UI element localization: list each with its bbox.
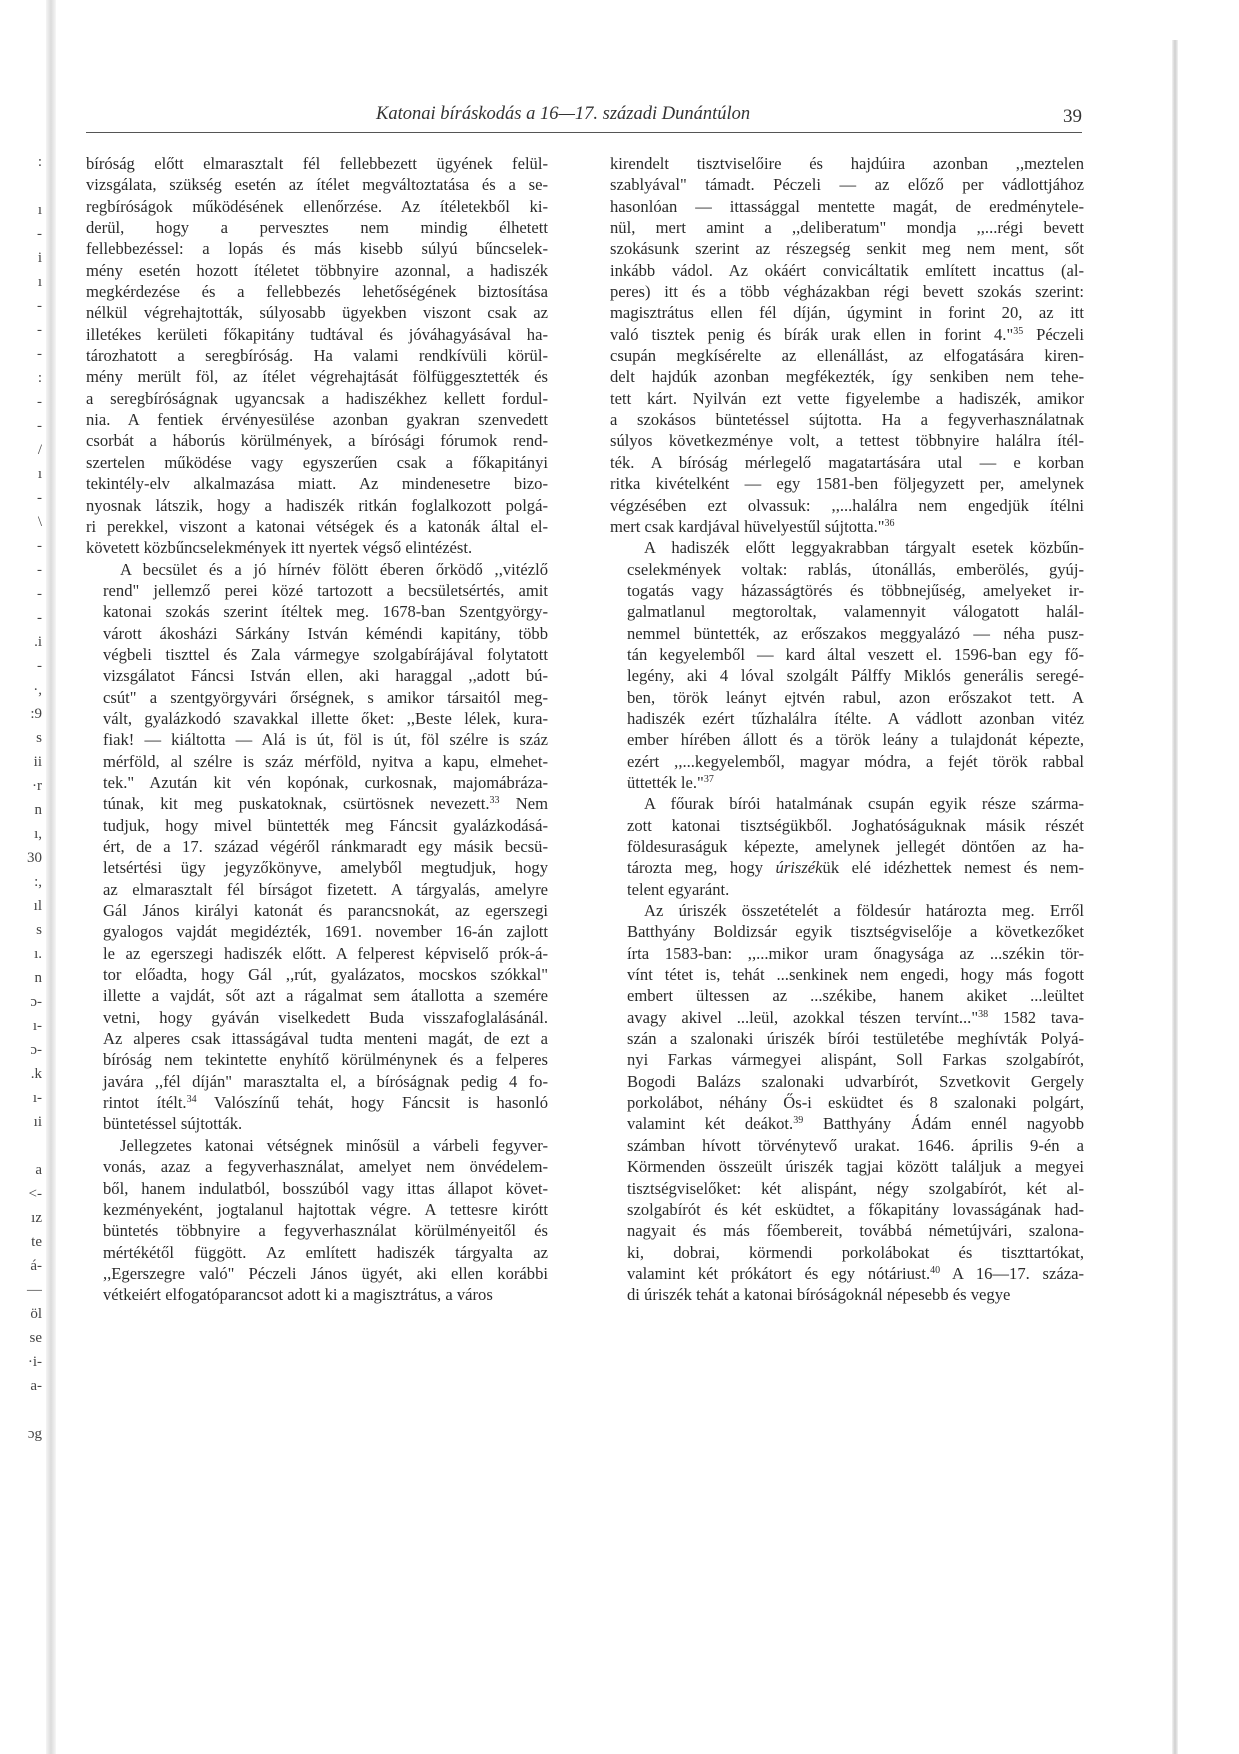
text-line: kezményeként, jogtalanul hajtottak végre… (86, 1199, 548, 1220)
bleed-glyph: a (0, 1158, 42, 1182)
text-line: vizsgálata, szükség esetén az ítélet meg… (86, 174, 548, 195)
bleed-glyph: ı (0, 198, 42, 222)
text-line: megkérdezése és a fellebbezés lehetőségé… (86, 281, 548, 302)
text-line: büntetéssel sújtották. (86, 1113, 548, 1134)
text-line: ezért ,,...kegyelemből, magyar módra, a … (610, 751, 1084, 772)
text-line: szán a szalonaki úriszék bírói testületé… (610, 1028, 1084, 1049)
text-line: ki, dobrai, körmendi porkolábokat és tis… (610, 1242, 1084, 1263)
text-line: galmatlanul megtoroltak, valamennyit vál… (610, 601, 1084, 622)
text-line: csút" a szentgyörgyvári őrségnek, s amik… (86, 687, 548, 708)
text-line: javára ,,fél díján" marasztalta el, a bí… (86, 1071, 548, 1092)
bleed-glyph: 30 (0, 846, 42, 870)
text-line: valamint két prókátort és egy nótáriust.… (610, 1263, 1084, 1284)
bleed-glyph: ı, (0, 822, 42, 846)
text-line: végzésében ezt olvassuk: ,,...halálra ne… (610, 495, 1084, 516)
text-line: togatás vagy házasságtörés és többnejűsé… (610, 580, 1084, 601)
bleed-glyph: ıi (0, 1110, 42, 1134)
text-line: vetni, hogy gyáván viselkedett Buda viss… (86, 1007, 548, 1028)
text-line: tisztségviselőket: két alispánt, négy sz… (610, 1178, 1084, 1199)
text-line: cselekmények voltak: rablás, útonállás, … (610, 559, 1084, 580)
text-line: szertelen működése vagy egyszerűen csak … (86, 452, 548, 473)
paragraph: A becsület és a jó hírnév fölött éberen … (86, 559, 548, 1135)
text-line: szokásunk szerint az részegség senkit me… (610, 238, 1084, 259)
text-line: illette a vajdát, sőt azt a rágalmat sem… (86, 985, 548, 1006)
text-line: földesuraságuk képezte, amelynek jellegé… (610, 836, 1084, 857)
text-line: Bogodi Balázs szalonaki udvarbírót, Szve… (610, 1071, 1084, 1092)
text-line: bíróság nem tekintette enyhítő körülmény… (86, 1049, 548, 1070)
italic-term: úriszék (776, 858, 823, 877)
bleed-glyph: :9 (0, 702, 42, 726)
text-line: embert ültessen az ...székibe, hanem aki… (610, 985, 1084, 1006)
footnote-ref: 38 (978, 1009, 988, 1020)
text-line: porkolábot, néhány Ős-i esküdtet és 8 sz… (610, 1092, 1084, 1113)
text-line: számban hívott törvénytevő urakat. 1646.… (610, 1135, 1084, 1156)
text-line: ért, de a 17. század végéről ránkmaradt … (86, 836, 548, 857)
text-line: üttették le."37 (610, 772, 1084, 793)
text-line: fiak! — kiáltotta — Alá is út, föl is út… (86, 729, 548, 750)
text-line: ben, török leányt ejtvén rabul, azon erő… (610, 687, 1084, 708)
text-line: vizsgálatot Fáncsi István ellen, aki har… (86, 665, 548, 686)
footnote-ref: 40 (930, 1265, 940, 1276)
bleed-glyph (0, 174, 42, 198)
text-line: valamint két deákot.39 Batthyány Ádám en… (610, 1113, 1084, 1134)
bleed-glyph: - (0, 534, 42, 558)
text-line: mert csak kardjával hüvelyestűl sújtotta… (610, 516, 1084, 537)
text-line: végbeli tiszttel és Zala vármegye szolga… (86, 644, 548, 665)
bleed-glyph: \ (0, 510, 42, 534)
text-line: súlyos következménye volt, a tettest töb… (610, 430, 1084, 451)
text-line: A hadiszék előtt leggyakrabban tárgyalt … (610, 537, 1084, 558)
text-line: di úriszék tehát a katonai bíróságoknál … (610, 1284, 1084, 1305)
text-line: ből, hanem indulatból, bosszúból vagy it… (86, 1178, 548, 1199)
footnote-ref: 35 (1013, 326, 1023, 337)
text-line: ember hírében állott és a török leány a … (610, 729, 1084, 750)
bleed-glyph: .k (0, 1062, 42, 1086)
bleed-glyph: ı- (0, 1014, 42, 1038)
text-line: hadiszék ezért tűzhalálra ítélte. A vádl… (610, 708, 1084, 729)
bleed-glyph: á- (0, 1254, 42, 1278)
text-line: írta 1583-ban: ,,...mikor uram őnagysága… (610, 943, 1084, 964)
text-line: legény, aki 4 lóval szolgált Pálffy Mikl… (610, 665, 1084, 686)
bleed-glyph: - (0, 390, 42, 414)
bleed-glyph: a- (0, 1374, 42, 1398)
bleed-glyph: ız (0, 1206, 42, 1230)
text-line: derül, hogy a pervesztes nem mindig élhe… (86, 217, 548, 238)
footnote-ref: 39 (793, 1115, 803, 1126)
text-line: nyosnak látszik, hogy a hadiszék ritkán … (86, 495, 548, 516)
text-line: vétkeiért elfogatóparancsot adott ki a m… (86, 1284, 548, 1305)
bleed-glyph: se (0, 1326, 42, 1350)
text-line: zott katonai tisztségükből. Joghatóságuk… (610, 815, 1084, 836)
text-line: Az alperes csak ittasságával tudta mente… (86, 1028, 548, 1049)
page-gutter-shadow-left (46, 0, 56, 1754)
text-line: Az úriszék összetételét a földesúr határ… (610, 900, 1084, 921)
bleed-glyph: - (0, 222, 42, 246)
text-line: Batthyány Boldizsár egyik tisztségviselő… (610, 921, 1084, 942)
text-line: tudjuk, hogy mivel büntették meg Fáncsit… (86, 815, 548, 836)
bleed-glyph: - (0, 606, 42, 630)
text-line: tározta meg, hogy úriszékük elé idézhett… (610, 857, 1084, 878)
text-line: avagy akivel ...leül, azokkal tészen ter… (610, 1007, 1084, 1028)
bleed-glyph: - (0, 486, 42, 510)
text-line: fellebbezéssel: a lopás és más kisebb sú… (86, 238, 548, 259)
paragraph: Jellegzetes katonai vétségnek minősül a … (86, 1135, 548, 1306)
text-line: le az egerszegi hadiszék előtt. A felper… (86, 943, 548, 964)
paragraph: bíróság előtt elmarasztalt fél fellebbez… (86, 153, 548, 559)
text-line: katonai szokás szerint ítéltek meg. 1678… (86, 601, 548, 622)
bleed-glyph: ı (0, 270, 42, 294)
text-line: nia. A fentiek érvényesülése azonban gya… (86, 409, 548, 430)
bleed-glyph: s (0, 918, 42, 942)
text-line: ri perekkel, viszont a katonai vétségek … (86, 516, 548, 537)
bleed-glyph: ii (0, 750, 42, 774)
text-line: Gál János királyi katonát és parancsnoká… (86, 900, 548, 921)
text-line: nagyait és más főembereit, továbbá német… (610, 1220, 1084, 1241)
text-line: csupán megkísérelte az ellenállást, az e… (610, 345, 1084, 366)
bleed-glyph: s (0, 726, 42, 750)
text-line: tett kárt. Nyilván ezt vette figyelembe … (610, 388, 1084, 409)
text-line: mény esetén hozott ítéletet többnyire az… (86, 260, 548, 281)
text-line: gyalogos vajdát megidézték, 1691. novemb… (86, 921, 548, 942)
text-line: várott ákosházi Sárkány István kéméndi k… (86, 623, 548, 644)
text-line: tor előadta, hogy Gál ,,rút, gyalázatos,… (86, 964, 548, 985)
footnote-ref: 36 (885, 518, 895, 529)
text-line: csorbát a háborús körülmények, a bíróság… (86, 430, 548, 451)
bleed-glyph: ·, (0, 678, 42, 702)
text-line: A becsület és a jó hírnév fölött éberen … (86, 559, 548, 580)
text-line: peres) itt és a több végházakban régi be… (610, 281, 1084, 302)
page-edge-shadow-right (1172, 40, 1178, 1754)
facing-page-bleed-through: :ı-iı---:--/ı-\----.i-·,:9sii·rnı,30:,ıl… (0, 150, 42, 1446)
left-text-column: bíróság előtt elmarasztalt fél fellebbez… (86, 153, 548, 1306)
text-line: bíróság előtt elmarasztalt fél fellebbez… (86, 153, 548, 174)
paragraph: A főurak bírói hatalmának csupán egyik r… (610, 793, 1084, 900)
bleed-glyph: ·r (0, 774, 42, 798)
paragraph: Az úriszék összetételét a földesúr határ… (610, 900, 1084, 1306)
bleed-glyph: <- (0, 1182, 42, 1206)
running-header: Katonai bíráskodás a 16—17. századi Duná… (86, 100, 1082, 133)
running-header-title: Katonai bíráskodás a 16—17. századi Duná… (376, 104, 750, 125)
bleed-glyph: ı- (0, 1086, 42, 1110)
bleed-glyph: - (0, 342, 42, 366)
text-line: a szokásos büntetéssel sújtotta. Ha a fe… (610, 409, 1084, 430)
page-number: 39 (1063, 106, 1082, 128)
bleed-glyph: ɔ- (0, 1038, 42, 1062)
text-line: A főurak bírói hatalmának csupán egyik r… (610, 793, 1084, 814)
bleed-glyph (0, 1398, 42, 1422)
bleed-glyph: — (0, 1278, 42, 1302)
text-line: delt hajdúk azonban megfékezték, így sen… (610, 366, 1084, 387)
paragraph: A hadiszék előtt leggyakrabban tárgyalt … (610, 537, 1084, 793)
bleed-glyph: : (0, 150, 42, 174)
text-line: rintot ítélt.34 Valószínű tehát, hogy Fá… (86, 1092, 548, 1113)
text-line: nyi Farkas vármegyei alispánt, Soll Fark… (610, 1049, 1084, 1070)
bleed-glyph: - (0, 582, 42, 606)
text-line: ritka kivételként — egy 1581-ben följegy… (610, 473, 1084, 494)
bleed-glyph: te (0, 1230, 42, 1254)
text-line: Jellegzetes katonai vétségnek minősül a … (86, 1135, 548, 1156)
text-line: mérföld, al szélre is száz mérföld, nyit… (86, 751, 548, 772)
text-line: túnak, kit meg puskatoknak, csürtösnek n… (86, 793, 548, 814)
bleed-glyph: .i (0, 630, 42, 654)
text-line: szolgabírót és két esküdtet, a főkapitán… (610, 1199, 1084, 1220)
text-line: telent egyaránt. (610, 879, 1084, 900)
text-line: vonás, azaz a fegyverhasználat, amelyet … (86, 1156, 548, 1177)
text-line: inkább vádol. Az okáért convicáltatik em… (610, 260, 1084, 281)
paragraph: kirendelt tisztviselőire és hajdúira azo… (610, 153, 1084, 537)
text-line: nemmel büntették, az erőszakos meggyaláz… (610, 623, 1084, 644)
text-line: az elmarasztalt fél bírságot fizetett. A… (86, 879, 548, 900)
text-line: illetékes kerületi főkapitány tudtával é… (86, 324, 548, 345)
bleed-glyph: ı (0, 462, 42, 486)
text-line: tán kegyelemből — kard által veszett el.… (610, 644, 1084, 665)
bleed-glyph: : (0, 366, 42, 390)
text-line: kirendelt tisztviselőire és hajdúira azo… (610, 153, 1084, 174)
text-line: regbíróságok működésének ellenőrzése. Az… (86, 196, 548, 217)
text-line: letsértési ügy jegyzőkönyve, amelyből me… (86, 857, 548, 878)
text-line: szablyával" támadt. Péczeli — az előző p… (610, 174, 1084, 195)
bleed-glyph: n (0, 966, 42, 990)
text-line: tekintély-elv alkalmazása miatt. Az mind… (86, 473, 548, 494)
bleed-glyph: ıl (0, 894, 42, 918)
text-line: vínt tétet is, tehát ...senkinek nem eng… (610, 964, 1084, 985)
bleed-glyph: n (0, 798, 42, 822)
text-line: büntetés többnyire a fegyverhasználat kö… (86, 1220, 548, 1241)
footnote-ref: 37 (704, 774, 714, 785)
bleed-glyph: - (0, 654, 42, 678)
text-line: rend" jellemző perei közé tartozott a be… (86, 580, 548, 601)
bleed-glyph: - (0, 414, 42, 438)
bleed-glyph: ı. (0, 942, 42, 966)
bleed-glyph: :, (0, 870, 42, 894)
text-line: mény merült föl, az ítélet végrehajtását… (86, 366, 548, 387)
footnote-ref: 33 (490, 795, 500, 806)
text-line: ,,Egerszegre való" Péczeli János ügyét, … (86, 1263, 548, 1284)
text-line: követett közbűncselekmények itt nyertek … (86, 537, 548, 558)
text-line: mértékétől függött. Az említett hadiszék… (86, 1242, 548, 1263)
bleed-glyph: - (0, 558, 42, 582)
bleed-glyph: i (0, 246, 42, 270)
text-line: a seregbíróságnak ugyancsak a hadiszékhe… (86, 388, 548, 409)
text-line: való tisztek penig és bírák urak ellen i… (610, 324, 1084, 345)
text-line: tározhatott a seregbíróság. Ha valami re… (86, 345, 548, 366)
text-line: Körmenden összeült úriszék tagjai között… (610, 1156, 1084, 1177)
bleed-glyph: ɔg (0, 1422, 42, 1446)
text-line: tek." Azután kit vén kopónak, curkosnak,… (86, 772, 548, 793)
bleed-glyph: ·i- (0, 1350, 42, 1374)
text-line: magisztrátus ellen fél díján, úgymint in… (610, 302, 1084, 323)
text-line: ték. A bíróság mérlegelő magatartására u… (610, 452, 1084, 473)
text-line: hasonlóan — ittassággal mentette magát, … (610, 196, 1084, 217)
bleed-glyph: / (0, 438, 42, 462)
text-line: nül, mert amint a ,,deliberatum" mondja … (610, 217, 1084, 238)
text-line: vált, gyalázkodó szavakkal illette őket:… (86, 708, 548, 729)
text-line: nélkül végrehajtották, súlyosabb ügyekbe… (86, 302, 548, 323)
bleed-glyph: - (0, 318, 42, 342)
bleed-glyph: öl (0, 1302, 42, 1326)
bleed-glyph: - (0, 294, 42, 318)
bleed-glyph: ɔ- (0, 990, 42, 1014)
bleed-glyph (0, 1134, 42, 1158)
right-text-column: kirendelt tisztviselőire és hajdúira azo… (610, 153, 1084, 1306)
footnote-ref: 34 (187, 1094, 197, 1105)
